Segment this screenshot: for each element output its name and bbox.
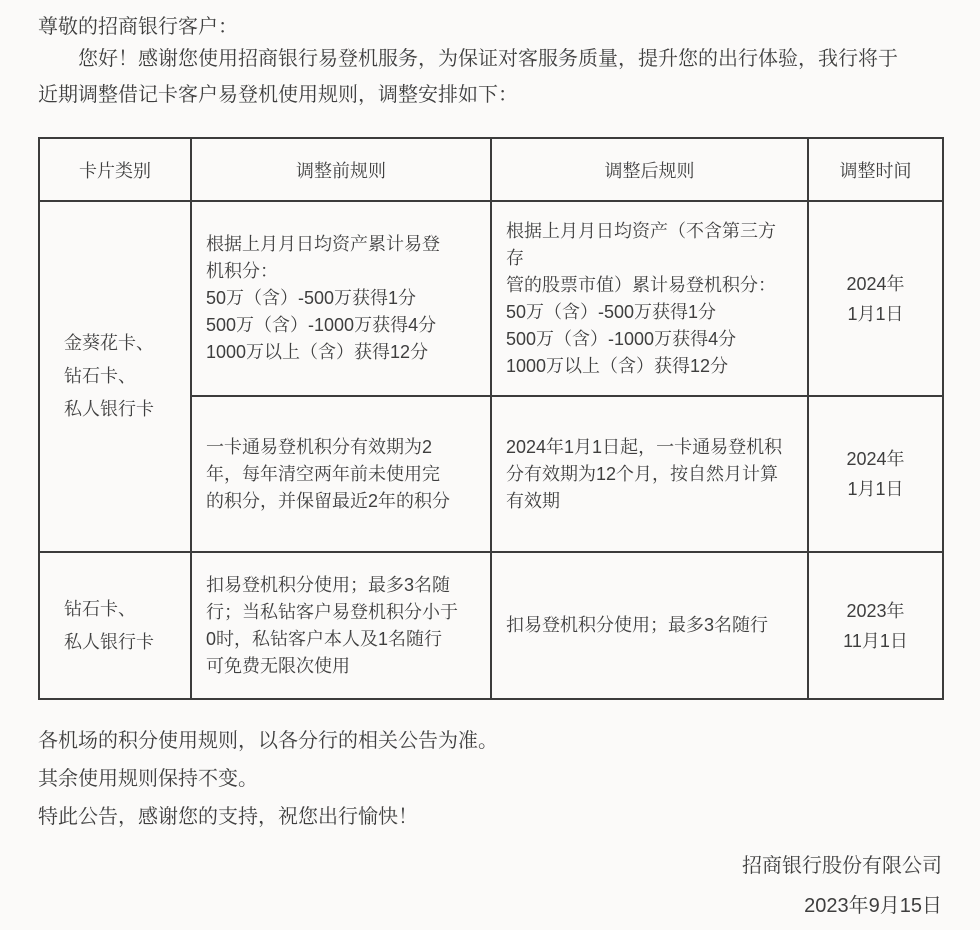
cell-after-rule-3: 扣易登机积分使用；最多3名随行: [491, 552, 808, 699]
header-card-type: 卡片类别: [39, 138, 191, 201]
table-header-row: 卡片类别 调整前规则 调整后规则 调整时间: [39, 138, 943, 201]
cell-card-type-group-1: 金葵花卡、 钻石卡、 私人银行卡: [39, 201, 191, 552]
cell-before-rule-1: 根据上月月日均资产累计易登 机积分： 50万（含）-500万获得1分 500万（…: [191, 201, 491, 396]
cell-adjust-time-3: 2023年 11月1日: [808, 552, 943, 699]
rules-table: 卡片类别 调整前规则 调整后规则 调整时间 金葵花卡、 钻石卡、 私人银行卡 根…: [38, 137, 944, 700]
signature-block: 招商银行股份有限公司 2023年9月15日: [38, 846, 942, 926]
cell-before-rule-3: 扣易登机积分使用；最多3名随 行；当私钻客户易登机积分小于 0时，私钻客户本人及…: [191, 552, 491, 699]
cell-after-rule-2: 2024年1月1日起，一卡通易登机积 分有效期为12个月，按自然月计算 有效期: [491, 396, 808, 552]
signature-company: 招商银行股份有限公司: [38, 846, 942, 886]
cell-adjust-time-1: 2024年 1月1日: [808, 201, 943, 396]
table-row-1: 金葵花卡、 钻石卡、 私人银行卡 根据上月月日均资产累计易登 机积分： 50万（…: [39, 201, 943, 396]
table-row-3: 钻石卡、 私人银行卡 扣易登机积分使用；最多3名随 行；当私钻客户易登机积分小于…: [39, 552, 943, 699]
header-after-rule: 调整后规则: [491, 138, 808, 201]
cell-after-rule-1: 根据上月月日均资产（不含第三方存 管的股票市值）累计易登机积分： 50万（含）-…: [491, 201, 808, 396]
header-adjust-time: 调整时间: [808, 138, 943, 201]
note-other-rules: 其余使用规则保持不变。: [38, 760, 942, 798]
note-airport-rules: 各机场的积分使用规则，以各分行的相关公告为准。: [38, 722, 942, 760]
cell-before-rule-2: 一卡通易登机积分有效期为2 年，每年清空两年前未使用完 的积分，并保留最近2年的…: [191, 396, 491, 552]
signature-date: 2023年9月15日: [38, 886, 942, 926]
header-before-rule: 调整前规则: [191, 138, 491, 201]
salutation: 尊敬的招商银行客户：: [38, 0, 942, 41]
closing-notes: 各机场的积分使用规则，以各分行的相关公告为准。 其余使用规则保持不变。 特此公告…: [38, 722, 942, 836]
announcement-page: 尊敬的招商银行客户： 您好！感谢您使用招商银行易登机服务，为保证对客服务质量，提…: [0, 0, 980, 930]
intro-paragraph: 您好！感谢您使用招商银行易登机服务，为保证对客服务质量，提升您的出行体验，我行将…: [38, 41, 942, 113]
cell-adjust-time-2: 2024年 1月1日: [808, 396, 943, 552]
note-thanks: 特此公告，感谢您的支持，祝您出行愉快！: [38, 798, 942, 836]
cell-card-type-group-2: 钻石卡、 私人银行卡: [39, 552, 191, 699]
